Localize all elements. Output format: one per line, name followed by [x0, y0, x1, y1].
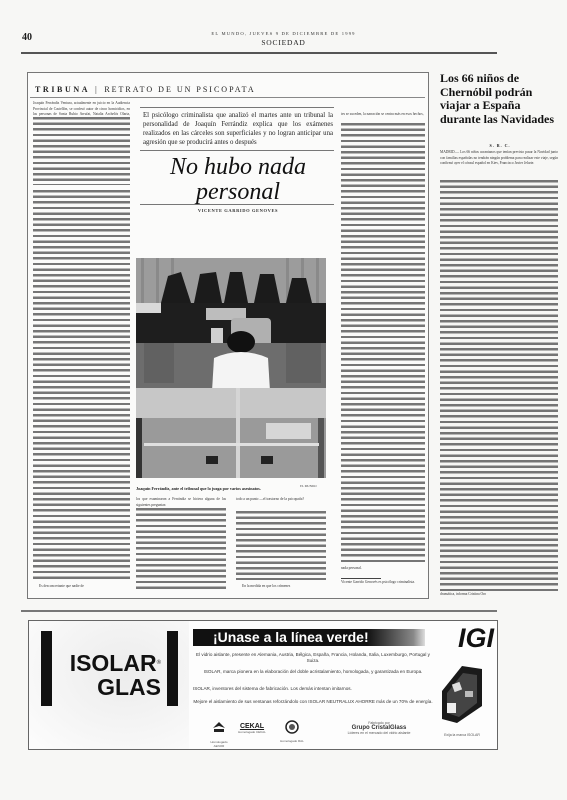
- deck-bottom-rule: [140, 150, 334, 151]
- logo-bar-right: [167, 631, 178, 706]
- cert-label: Homologado CEKAL: [237, 730, 267, 734]
- ad-separator-rule: [21, 610, 497, 612]
- article-deck: El psicólogo criminalista que analizó el…: [143, 112, 333, 148]
- col1-text-block: [33, 117, 130, 185]
- kicker-subtitle: RETRATO DE UN PSICOPATA: [104, 85, 255, 94]
- side-article-last-line: dramática, informa Cristina Oro: [440, 592, 558, 598]
- cert-label: Homologado AENOR: [209, 740, 229, 748]
- col1-last-line: Es desconcertante que nadie de: [39, 584, 131, 590]
- registered-mark: ®: [157, 660, 161, 666]
- cert-label: Homologado RAL: [277, 739, 307, 743]
- article-byline: VICENTE GARRIDO GENOVES: [140, 208, 336, 213]
- col1-text-block-2: [33, 190, 130, 580]
- author-signature: Vicente Garrido Genovés es psicólogo cri…: [341, 580, 425, 585]
- ad-text-savings: Mejore el aislamiento de sus ventanas re…: [193, 699, 433, 705]
- signature-rule: [341, 578, 381, 579]
- kicker-rule: [30, 97, 425, 98]
- logo-line-1: ISOLAR: [70, 650, 157, 676]
- deck-top-rule: [140, 107, 334, 108]
- header-rule: [21, 52, 497, 54]
- col2-bottom-text: [136, 508, 226, 592]
- glass-unit-icon: [437, 661, 487, 726]
- igi-logo: IGI: [424, 623, 494, 654]
- side-article-lead: MADRID.— Los 66 niños ucranianos que ten…: [440, 150, 558, 178]
- article-headline: No hubo nada personal: [140, 155, 336, 205]
- cert-cekal: CEKAL Homologado CEKAL: [237, 723, 267, 734]
- headline-line-1: No hubo nada: [140, 155, 336, 180]
- isolar-advertisement[interactable]: ISOLAR® GLAS ¡Unase a la línea verde! IG…: [28, 620, 498, 750]
- photo-caption: Joaquín Ferrándiz, ante el tribunal que …: [136, 486, 296, 491]
- ral-seal-icon: [285, 720, 299, 734]
- masthead-date: EL MUNDO, JUEVES 9 DE DICIEMBRE DE 1999: [0, 31, 567, 36]
- article-kicker: TRIBUNA|RETRATO DE UN PSICOPATA: [35, 85, 256, 94]
- col1-lead-text: Joaquín Ferrándiz Ventura, actualmente e…: [33, 101, 130, 116]
- cert-aenor: Homologado AENOR: [209, 721, 229, 748]
- byline-rule: [140, 204, 334, 205]
- isolar-glas-logo: ISOLAR® GLAS: [61, 651, 161, 699]
- kicker-label: TRIBUNA: [35, 85, 90, 94]
- manufacturer-tagline: Líderes en el mercado del vidrio aislant…: [329, 731, 429, 735]
- col3-bottom-last: En la medida en que los crímenes: [242, 584, 326, 590]
- kicker-separator: |: [95, 85, 99, 94]
- logo-line-2: GLAS: [61, 675, 161, 699]
- col3-bottom-text: [236, 511, 326, 580]
- ad-text-inventors: ISOLAR, inventores del sistema de fabric…: [193, 686, 433, 692]
- window-product-image: [437, 661, 487, 731]
- product-caption: Exija la marca ISOLAR: [429, 733, 495, 737]
- manufacturer-block: Fabricado por Grupo CristalGlass Líderes…: [329, 721, 429, 735]
- headline-line-2: personal: [140, 180, 336, 205]
- cert-ral: Homologado RAL: [277, 720, 307, 743]
- ad-banner: ¡Unase a la línea verde!: [193, 629, 425, 646]
- col3-bottom-first: todo a un punto —el trastorno de la psic…: [236, 497, 326, 507]
- col4-last-line: nada personal.: [341, 566, 425, 572]
- section-title: SOCIEDAD: [0, 38, 567, 47]
- logo-bar-left: [41, 631, 52, 706]
- ad-text-pioneer: ISOLAR, marca pionera en la elaboración …: [193, 669, 433, 675]
- col2-bottom-first: los que examinaron a Ferrándiz se hicier…: [136, 497, 226, 507]
- col4-text: [341, 123, 425, 563]
- col4-first-line: tes se suceden, la narración se centra m…: [341, 112, 425, 122]
- side-article-headline: Los 66 niños de Chernóbil podrán viajar …: [440, 72, 560, 126]
- ad-text-countries: El vidrio aislante, presente en Alemania…: [193, 652, 433, 664]
- side-article-text: [440, 180, 558, 592]
- side-article-byline: S. R. C.: [440, 143, 560, 148]
- cekal-icon: CEKAL: [237, 723, 267, 730]
- photo-credit: EL MUNDO: [300, 484, 317, 488]
- aenor-icon: [212, 721, 226, 735]
- courtroom-photo-image: [136, 258, 326, 478]
- courtroom-photo: [136, 258, 326, 478]
